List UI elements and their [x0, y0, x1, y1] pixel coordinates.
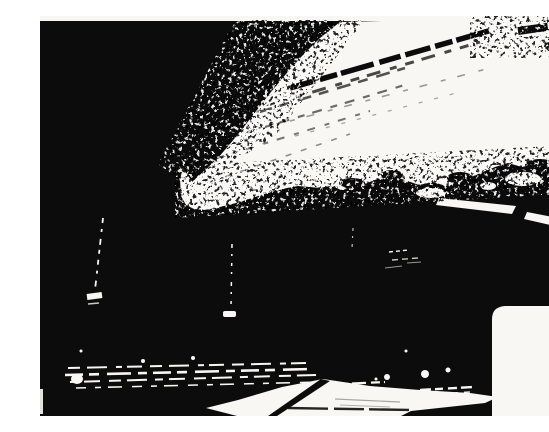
- black-grain: [40, 16, 549, 416]
- monochrome-photo: [40, 16, 549, 416]
- photo-figure: [40, 16, 549, 416]
- grain-layer: [40, 16, 549, 416]
